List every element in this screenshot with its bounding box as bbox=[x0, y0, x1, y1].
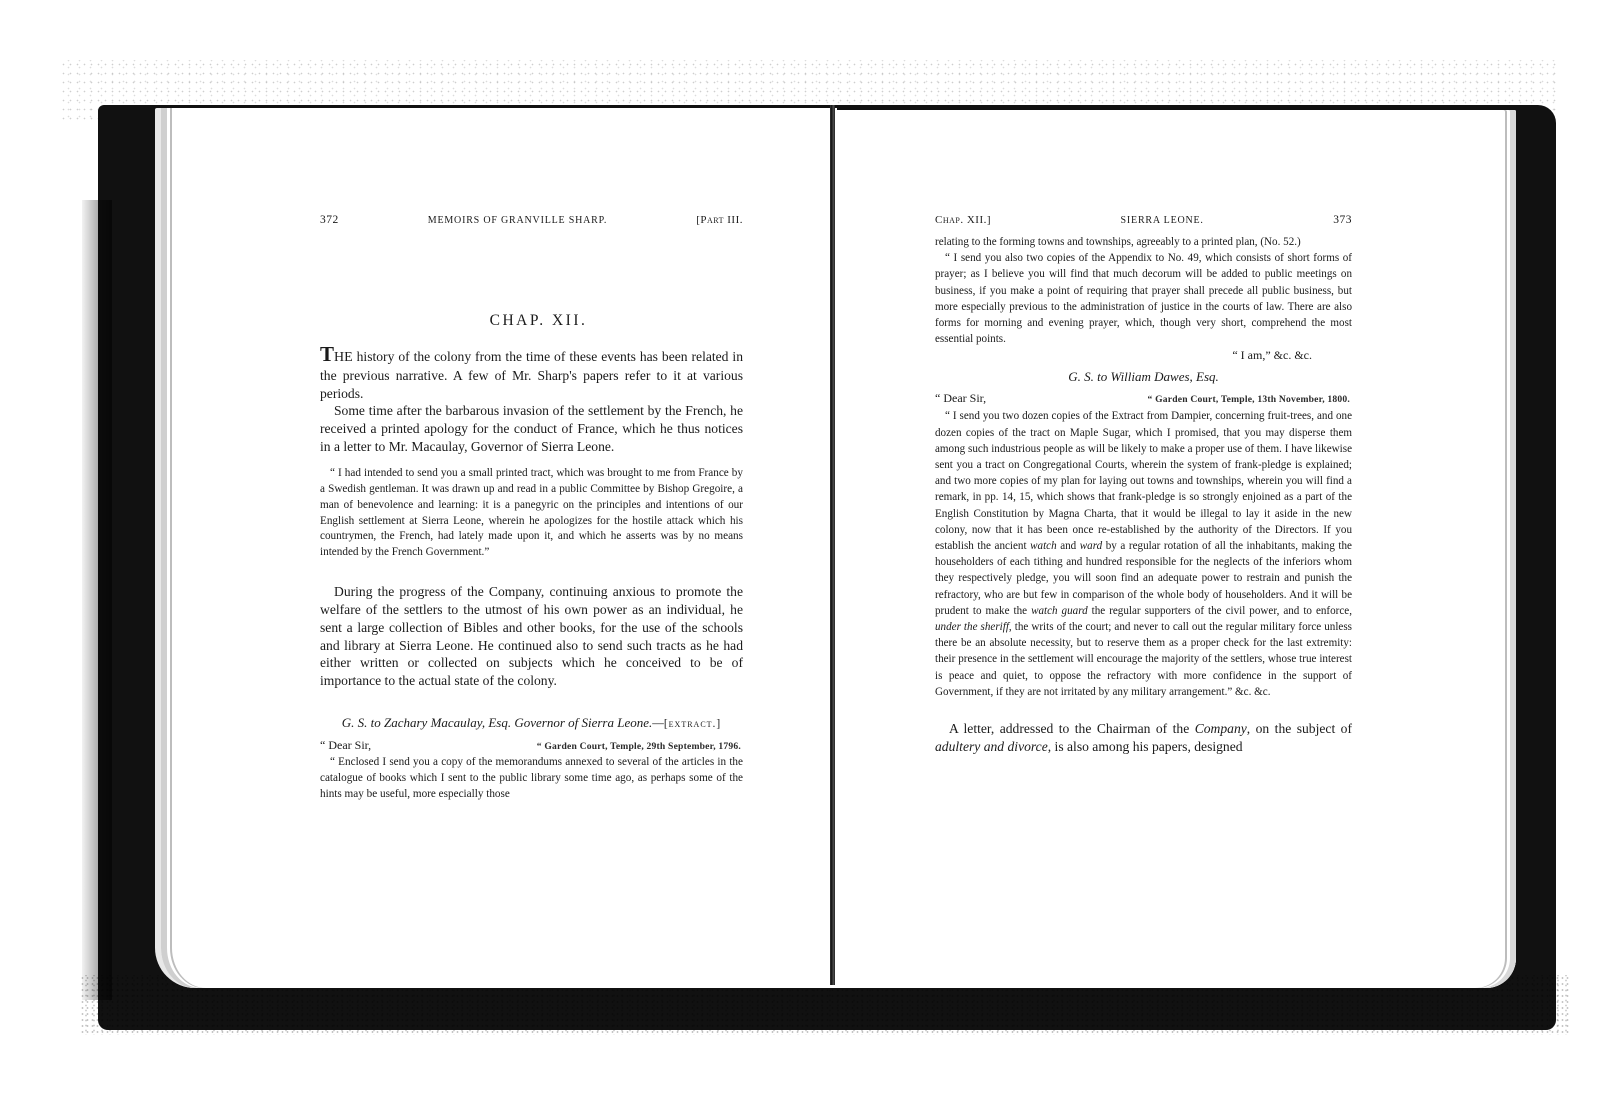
text-run: the regular supporters of the civil powe… bbox=[1088, 605, 1352, 617]
left-running-head: 372 MEMOIRS OF GRANVILLE SHARP. [Part II… bbox=[320, 214, 743, 234]
quote-appendix: “ I send you also two copies of the Appe… bbox=[935, 250, 1352, 347]
signoff: “ I am,” &c. &c. bbox=[935, 347, 1352, 364]
right-running-head: Chap. XII.] SIERRA LEONE. 373 bbox=[935, 214, 1352, 234]
left-page-text: 372 MEMOIRS OF GRANVILLE SHARP. [Part II… bbox=[320, 214, 743, 803]
chapter-title: CHAP. XII. bbox=[320, 312, 743, 330]
letter-heading-dawes: G. S. to William Dawes, Esq. bbox=[935, 368, 1352, 386]
text-run: , is also among his papers, designed bbox=[1048, 739, 1243, 754]
paragraph-company: During the progress of the Company, cont… bbox=[320, 583, 743, 690]
page-number: 372 bbox=[320, 214, 339, 226]
drop-cap-smallcaps: HE bbox=[334, 350, 353, 365]
opening-paragraph-text: history of the colony from the time of t… bbox=[320, 349, 743, 401]
closing-paragraph: A letter, addressed to the Chairman of t… bbox=[935, 720, 1352, 755]
block-quote-gregoire: “ I had intended to send you a small pri… bbox=[320, 466, 743, 561]
salutation-row: “ Dear Sir, “ Garden Court, Temple, 29th… bbox=[320, 737, 743, 755]
italic-run: ward bbox=[1080, 540, 1102, 552]
letter-heading-macaulay: G. S. to Zachary Macaulay, Esq. Governor… bbox=[320, 714, 743, 733]
dateline: “ Garden Court, Temple, 29th September, … bbox=[537, 738, 743, 755]
chapter-label: Chap. XII.] bbox=[935, 214, 991, 226]
letter-body-dawes: “ I send you two dozen copies of the Ext… bbox=[935, 408, 1352, 700]
italic-run: adultery and divorce bbox=[935, 739, 1048, 754]
part-label: [Part III. bbox=[696, 214, 743, 226]
right-page-text: Chap. XII.] SIERRA LEONE. 373 relating t… bbox=[935, 214, 1352, 755]
book-gutter bbox=[830, 105, 835, 985]
italic-run: watch guard bbox=[1031, 605, 1088, 617]
italic-run: watch bbox=[1030, 540, 1057, 552]
salutation-row: “ Dear Sir, “ Garden Court, Temple, 13th… bbox=[935, 390, 1352, 408]
running-title: MEMOIRS OF GRANVILLE SHARP. bbox=[428, 215, 607, 226]
running-title: SIERRA LEONE. bbox=[1121, 215, 1204, 226]
continuation-text: relating to the forming towns and townsh… bbox=[935, 234, 1352, 250]
opening-paragraph: THE history of the colony from the time … bbox=[320, 348, 743, 402]
paragraph-french-apology: Some time after the barbarous invasion o… bbox=[320, 402, 743, 455]
book-cover-edge-shadow bbox=[82, 200, 112, 1000]
text-run: A letter, addressed to the Chairman of t… bbox=[949, 721, 1195, 736]
salutation: “ Dear Sir, bbox=[935, 390, 986, 407]
drop-cap: T bbox=[320, 342, 334, 366]
text-run: , on the subject of bbox=[1247, 721, 1352, 736]
text-run: and bbox=[1057, 540, 1080, 552]
page-number: 373 bbox=[1333, 214, 1352, 226]
letter-body-macaulay: “ Enclosed I send you a copy of the memo… bbox=[320, 755, 743, 803]
salutation: “ Dear Sir, bbox=[320, 737, 371, 754]
italic-run: Company bbox=[1195, 721, 1247, 736]
letter-heading-text: G. S. to Zachary Macaulay, Esq. Governor… bbox=[342, 715, 664, 730]
italic-run: under the sheriff bbox=[935, 621, 1009, 633]
dateline: “ Garden Court, Temple, 13th November, 1… bbox=[1148, 391, 1352, 408]
extract-tag: [extract.] bbox=[664, 718, 721, 730]
text-run: “ I send you two dozen copies of the Ext… bbox=[935, 410, 1352, 552]
